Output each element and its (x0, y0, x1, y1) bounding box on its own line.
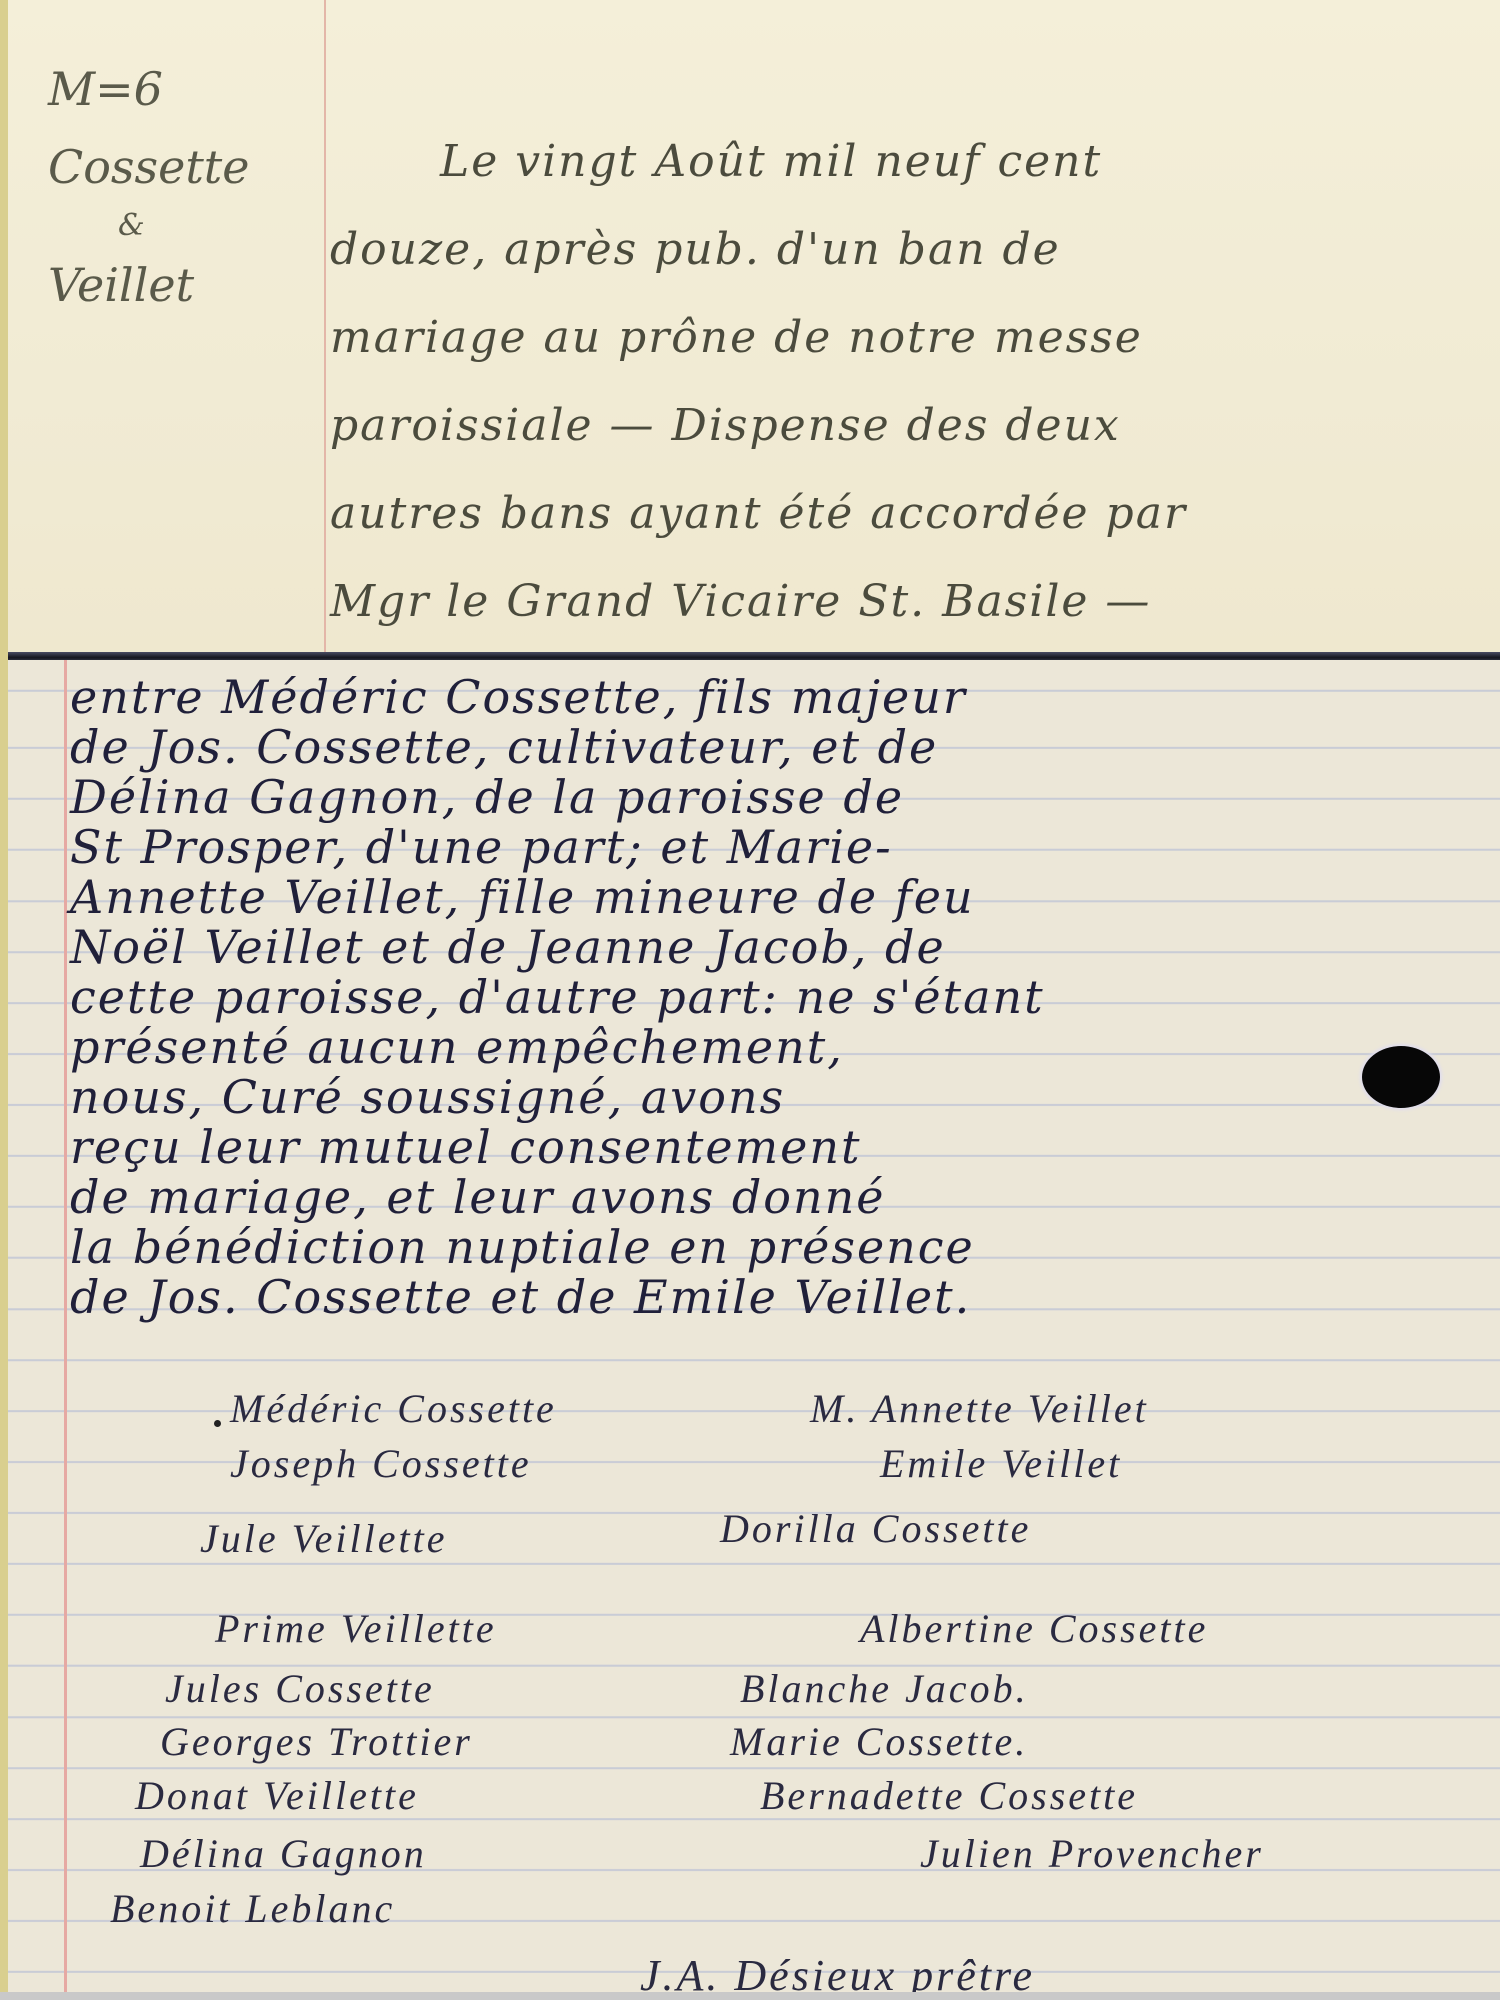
body-line: entre Médéric Cossette, fils majeur (70, 672, 1045, 722)
record-number: M=6 (48, 50, 298, 128)
signature: Georges Trottier (160, 1718, 473, 1765)
body-line: St Prosper, d'une part; et Marie- (70, 822, 1045, 872)
signature: Joseph Cossette (230, 1440, 532, 1487)
record-preamble: Le vingt Août mil neuf cent douze, après… (330, 118, 1187, 646)
page-seam (8, 652, 1500, 660)
signature: M. Annette Veillet (810, 1385, 1149, 1432)
preamble-line: douze, après pub. d'un ban de (330, 206, 1187, 294)
body-line: Délina Gagnon, de la paroisse de (70, 772, 1045, 822)
signature: Donat Veillette (135, 1772, 419, 1819)
body-line: de Jos. Cossette et de Emile Veillet. (70, 1272, 1045, 1322)
margin-surname-bride: Veillet (48, 246, 298, 324)
signature: Blanche Jacob. (740, 1665, 1029, 1712)
bottom-edge (0, 1992, 1500, 2000)
signature: Médéric Cossette (230, 1385, 557, 1432)
margin-surname-groom: Cossette (48, 128, 298, 206)
signature: Dorilla Cossette (720, 1505, 1031, 1552)
preamble-line: Le vingt Août mil neuf cent (330, 118, 1187, 206)
preamble-line: autres bans ayant été accordée par (330, 470, 1187, 558)
signature: Jule Veillette (200, 1515, 447, 1562)
body-line: nous, Curé soussigné, avons (70, 1072, 1045, 1122)
signature: Prime Veillette (215, 1605, 497, 1652)
preamble-line: mariage au prône de notre messe (330, 294, 1187, 382)
margin-rule (324, 0, 326, 652)
signature: Emile Veillet (880, 1440, 1122, 1487)
body-line: Annette Veillet, fille mineure de feu (70, 872, 1045, 922)
record-body: entre Médéric Cossette, fils majeur de J… (70, 672, 1045, 1322)
margin-rule (64, 660, 67, 1992)
signature: Bernadette Cossette (760, 1772, 1138, 1819)
preamble-line: Mgr le Grand Vicaire St. Basile — (330, 558, 1187, 646)
signature: Julien Provencher (920, 1830, 1264, 1877)
body-line: cette paroisse, d'autre part: ne s'étant (70, 972, 1045, 1022)
ink-dot (214, 1420, 221, 1427)
body-line: de Jos. Cossette, cultivateur, et de (70, 722, 1045, 772)
signature: Délina Gagnon (140, 1830, 427, 1877)
body-line: présenté aucun empêchement, (70, 1022, 1045, 1072)
margin-ampersand: & (48, 206, 298, 246)
body-line: de mariage, et leur avons donné (70, 1172, 1045, 1222)
ink-blot (1362, 1046, 1440, 1108)
body-line: Noël Veillet et de Jeanne Jacob, de (70, 922, 1045, 972)
signature: Marie Cossette. (730, 1718, 1028, 1765)
body-line: reçu leur mutuel consentement (70, 1122, 1045, 1172)
signature: Albertine Cossette (860, 1605, 1208, 1652)
signature: Benoit Leblanc (110, 1885, 395, 1932)
signature: Jules Cossette (165, 1665, 435, 1712)
body-line: la bénédiction nuptiale en présence (70, 1222, 1045, 1272)
margin-note: M=6 Cossette & Veillet (48, 50, 298, 324)
preamble-line: paroissiale — Dispense des deux (330, 382, 1187, 470)
